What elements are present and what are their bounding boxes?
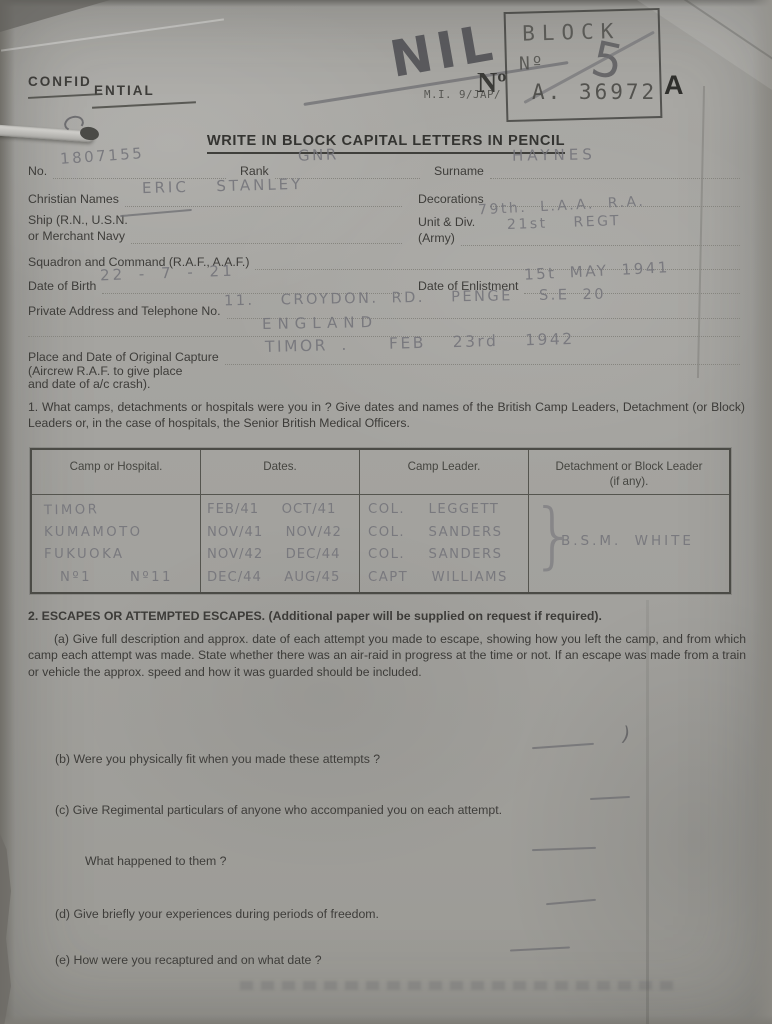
field-unit: (Army) — [418, 230, 740, 246]
detachment-leader-value: B.S.M. WHITE — [561, 533, 694, 549]
top-left-corner-fold — [0, 0, 110, 32]
unit-label-line1: Unit & Div. — [418, 215, 475, 230]
block-no-label: Nº — [519, 53, 545, 75]
confidential-underline-1 — [28, 93, 102, 99]
camps-table-header-row: Camp or Hospital. Dates. Camp Leader. De… — [32, 450, 729, 495]
top-edge-shadow — [0, 0, 772, 7]
rank-value: GNR — [298, 145, 339, 164]
pencil-paren-mark: ) — [620, 721, 635, 747]
field-surname: Surname — [434, 163, 740, 179]
dob-label: Date of Birth — [28, 279, 96, 294]
corner-letter-a: A — [664, 70, 684, 101]
dates-entry: NOV/41 NOV/42 — [201, 522, 359, 545]
leader-entry: CAPT WILLIAMS — [360, 567, 528, 590]
leader-entry: COL. SANDERS — [360, 544, 528, 567]
camps-table: Camp or Hospital. Dates. Camp Leader. De… — [30, 448, 731, 594]
service-no-label: No. — [28, 164, 47, 179]
answer-dash-b — [532, 743, 594, 750]
top-left-crease-line — [1, 18, 224, 51]
ship-line — [131, 228, 402, 244]
dates-entry: DEC/44 AUG/45 — [201, 567, 359, 590]
question-2c2-text: What happened to them ? — [85, 854, 227, 869]
surname-value: HAYNES — [512, 145, 596, 164]
leader-entry: COL. LEGGETT — [360, 499, 528, 522]
registry-no-label: Nº — [477, 68, 506, 100]
question-2a-text: (a) Give full description and approx. da… — [28, 631, 746, 680]
confidential-part2: ENTIAL — [94, 83, 155, 98]
answer-dash-e — [510, 946, 570, 952]
question-2c-text: (c) Give Regimental particulars of anyon… — [55, 803, 502, 818]
address-value-line2: ENGLAND — [262, 313, 378, 333]
field-ship: or Merchant Navy — [28, 228, 402, 244]
dates-entry: FEB/41 OCT/41 — [201, 499, 359, 522]
camps-table-body-row: TIMOR KUMAMOTO FUKUOKA Nº1 Nº11 FEB/41 O… — [32, 495, 729, 592]
ship-label-line1: Ship (R.N., U.S.N. — [28, 213, 128, 228]
question-2e-text: (e) How were you recaptured and on what … — [55, 953, 322, 968]
header-camp-or-hospital: Camp or Hospital. — [32, 450, 200, 494]
header-dates: Dates. — [200, 450, 359, 494]
bottom-edge-shadow — [0, 1015, 772, 1024]
surname-label: Surname — [434, 164, 484, 179]
answer-dash-d — [546, 899, 596, 906]
decorations-label: Decorations — [418, 192, 484, 207]
capture-label-line1: Place and Date of Original Capture — [28, 350, 219, 365]
question-2d-text: (d) Give briefly your experiences during… — [55, 907, 379, 922]
dates-entry: NOV/42 DEC/44 — [201, 544, 359, 567]
scanned-pow-questionnaire-page: CONFID ENTIAL NIL BLOCK Nº 5 M.I. 9/JAP/… — [0, 0, 772, 1024]
surname-line — [490, 163, 740, 179]
capture-label-line3: and date of a/c crash). — [28, 377, 150, 392]
answer-dash-c — [590, 796, 630, 800]
question-2b-text: (b) Were you physically fit when you mad… — [55, 752, 380, 767]
ship-dash-handwriting — [120, 209, 192, 218]
question-2-heading: 2. ESCAPES OR ATTEMPTED ESCAPES. (Additi… — [28, 608, 744, 624]
camp-entry: TIMOR — [32, 498, 200, 524]
unit-line — [461, 230, 740, 246]
ship-label-line2: or Merchant Navy — [28, 229, 125, 244]
cell-dates: FEB/41 OCT/41 NOV/41 NOV/42 NOV/42 DEC/4… — [200, 495, 359, 592]
show-through-smudge — [240, 981, 680, 990]
confidential-underline-2 — [92, 101, 196, 108]
cell-detachment-leader: } B.S.M. WHITE — [528, 495, 729, 592]
address-label: Private Address and Telephone No. — [28, 304, 221, 319]
bottom-left-torn-edge — [0, 834, 11, 1024]
unit-label-line2: (Army) — [418, 231, 455, 246]
block-number-stamp-box: BLOCK Nº 5 — [504, 8, 663, 122]
question-1-text: 1. What camps, detachments or hospitals … — [28, 399, 745, 432]
camp-entry: FUKUOKA — [32, 544, 200, 567]
cell-leaders: COL. LEGGETT COL. SANDERS COL. SANDERS C… — [359, 495, 528, 592]
field-service-no: No. — [28, 163, 226, 179]
header-detachment-leader: Detachment or Block Leader (if any). — [528, 450, 729, 494]
camp-entry: KUMAMOTO — [32, 522, 200, 545]
answer-dash-c2 — [532, 847, 596, 852]
christian-names-label: Christian Names — [28, 192, 119, 207]
confidential-part1: CONFID — [28, 74, 92, 89]
cell-camps: TIMOR KUMAMOTO FUKUOKA Nº1 Nº11 — [32, 495, 200, 592]
header-camp-leader: Camp Leader. — [359, 450, 528, 494]
leader-entry: COL. SANDERS — [360, 522, 528, 545]
camp-entry: Nº1 Nº11 — [32, 567, 200, 590]
registry-serial: A. 36972 — [532, 80, 657, 104]
